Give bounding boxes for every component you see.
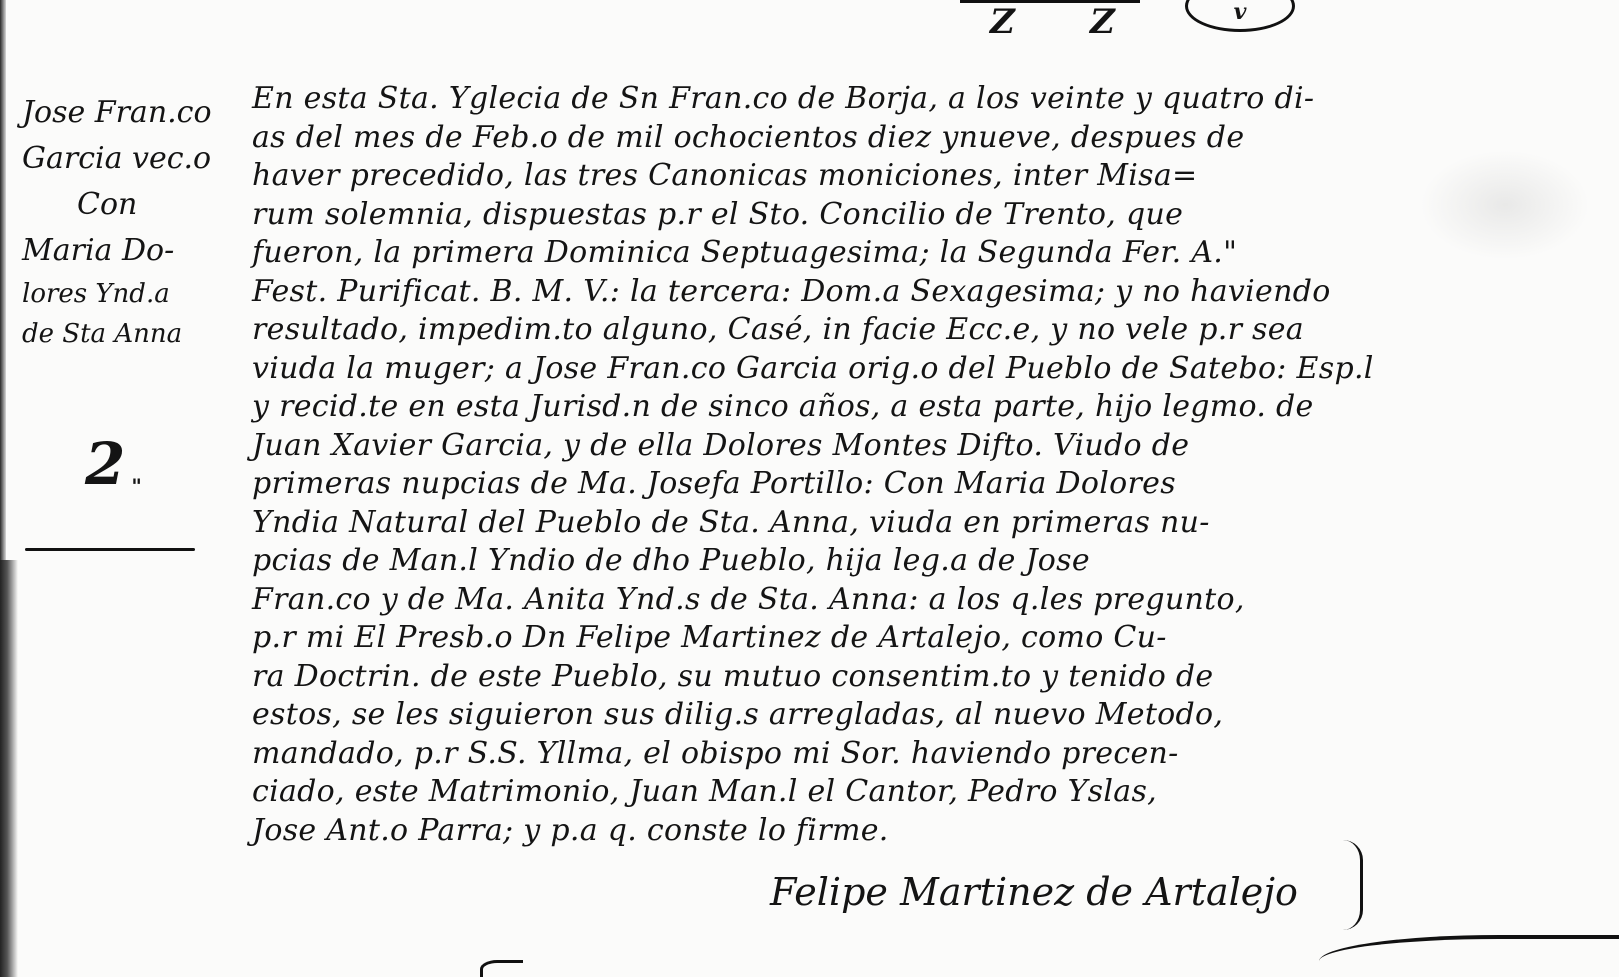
- record-line-16: ra Doctrin. de este Pueblo, su mutuo con…: [252, 658, 1392, 697]
- record-line-8: viuda la muger; a Jose Fran.co Garcia or…: [252, 350, 1392, 389]
- record-line-17: estos, se les siguieron sus dilig.s arre…: [252, 696, 1392, 735]
- entry-separator-rule: [25, 548, 195, 551]
- margin-line-bride: Maria Do-: [22, 228, 237, 274]
- entry-number: 2": [85, 430, 142, 498]
- record-line-19: ciado, este Matrimonio, Juan Man.l el Ca…: [252, 773, 1392, 812]
- header-mark-1: Z: [990, 2, 1015, 42]
- margin-note: Jose Fran.co Garcia vec.o Con Maria Do- …: [22, 90, 237, 354]
- folio-label: v: [1234, 0, 1247, 25]
- entry-number-suffix: ": [131, 474, 141, 498]
- next-entry-flourish: [1319, 935, 1619, 977]
- record-line-2: as del mes de Feb.o de mil ochocientos d…: [252, 119, 1392, 158]
- priest-signature: Felipe Martinez de Artalejo: [770, 870, 1298, 914]
- margin-line-groom-surname: Garcia vec.o: [22, 136, 237, 182]
- record-line-12: Yndia Natural del Pueblo de Sta. Anna, v…: [252, 504, 1392, 543]
- record-line-20: Jose Ant.o Parra; y p.a q. conste lo fir…: [252, 812, 1392, 851]
- margin-line-groom: Jose Fran.co: [22, 90, 237, 136]
- margin-line-con: Con: [22, 182, 237, 228]
- header-mark-2: Z: [1090, 2, 1115, 42]
- record-line-9: y recid.te en esta Jurisd.n de sinco año…: [252, 388, 1392, 427]
- record-line-3: haver precedido, las tres Canonicas moni…: [252, 157, 1392, 196]
- signature-rubric-flourish: [1330, 840, 1363, 930]
- record-line-13: pcias de Man.l Yndio de dho Pueblo, hija…: [252, 542, 1392, 581]
- page-binding-shadow: [0, 560, 18, 977]
- record-line-6: Fest. Purificat. B. M. V.: la tercera: D…: [252, 273, 1392, 312]
- next-entry-initial-stroke: [480, 960, 523, 977]
- folio-number-circle: v: [1185, 0, 1295, 32]
- record-line-14: Fran.co y de Ma. Anita Ynd.s de Sta. Ann…: [252, 581, 1392, 620]
- record-line-11: primeras nupcias de Ma. Josefa Portillo:…: [252, 465, 1392, 504]
- record-line-10: Juan Xavier Garcia, y de ella Dolores Mo…: [252, 427, 1392, 466]
- record-line-1: En esta Sta. Yglecia de Sn Fran.co de Bo…: [252, 80, 1392, 119]
- record-line-5: fueron, la primera Dominica Septuagesima…: [252, 234, 1392, 273]
- paper-stain: [1420, 150, 1590, 260]
- page-header-marks: Z Z v: [960, 0, 1360, 40]
- record-line-4: rum solemnia, dispuestas p.r el Sto. Con…: [252, 196, 1392, 235]
- entry-number-value: 2: [85, 430, 125, 498]
- record-line-18: mandado, p.r S.S. Yllma, el obispo mi So…: [252, 735, 1392, 774]
- margin-line-origin: de Sta Anna: [22, 314, 237, 354]
- record-line-15: p.r mi El Presb.o Dn Felipe Martinez de …: [252, 619, 1392, 658]
- margin-line-bride-cont: lores Ynd.a: [22, 274, 237, 314]
- record-line-7: resultado, impedim.to alguno, Casé, in f…: [252, 311, 1392, 350]
- record-body: En esta Sta. Yglecia de Sn Fran.co de Bo…: [252, 80, 1392, 850]
